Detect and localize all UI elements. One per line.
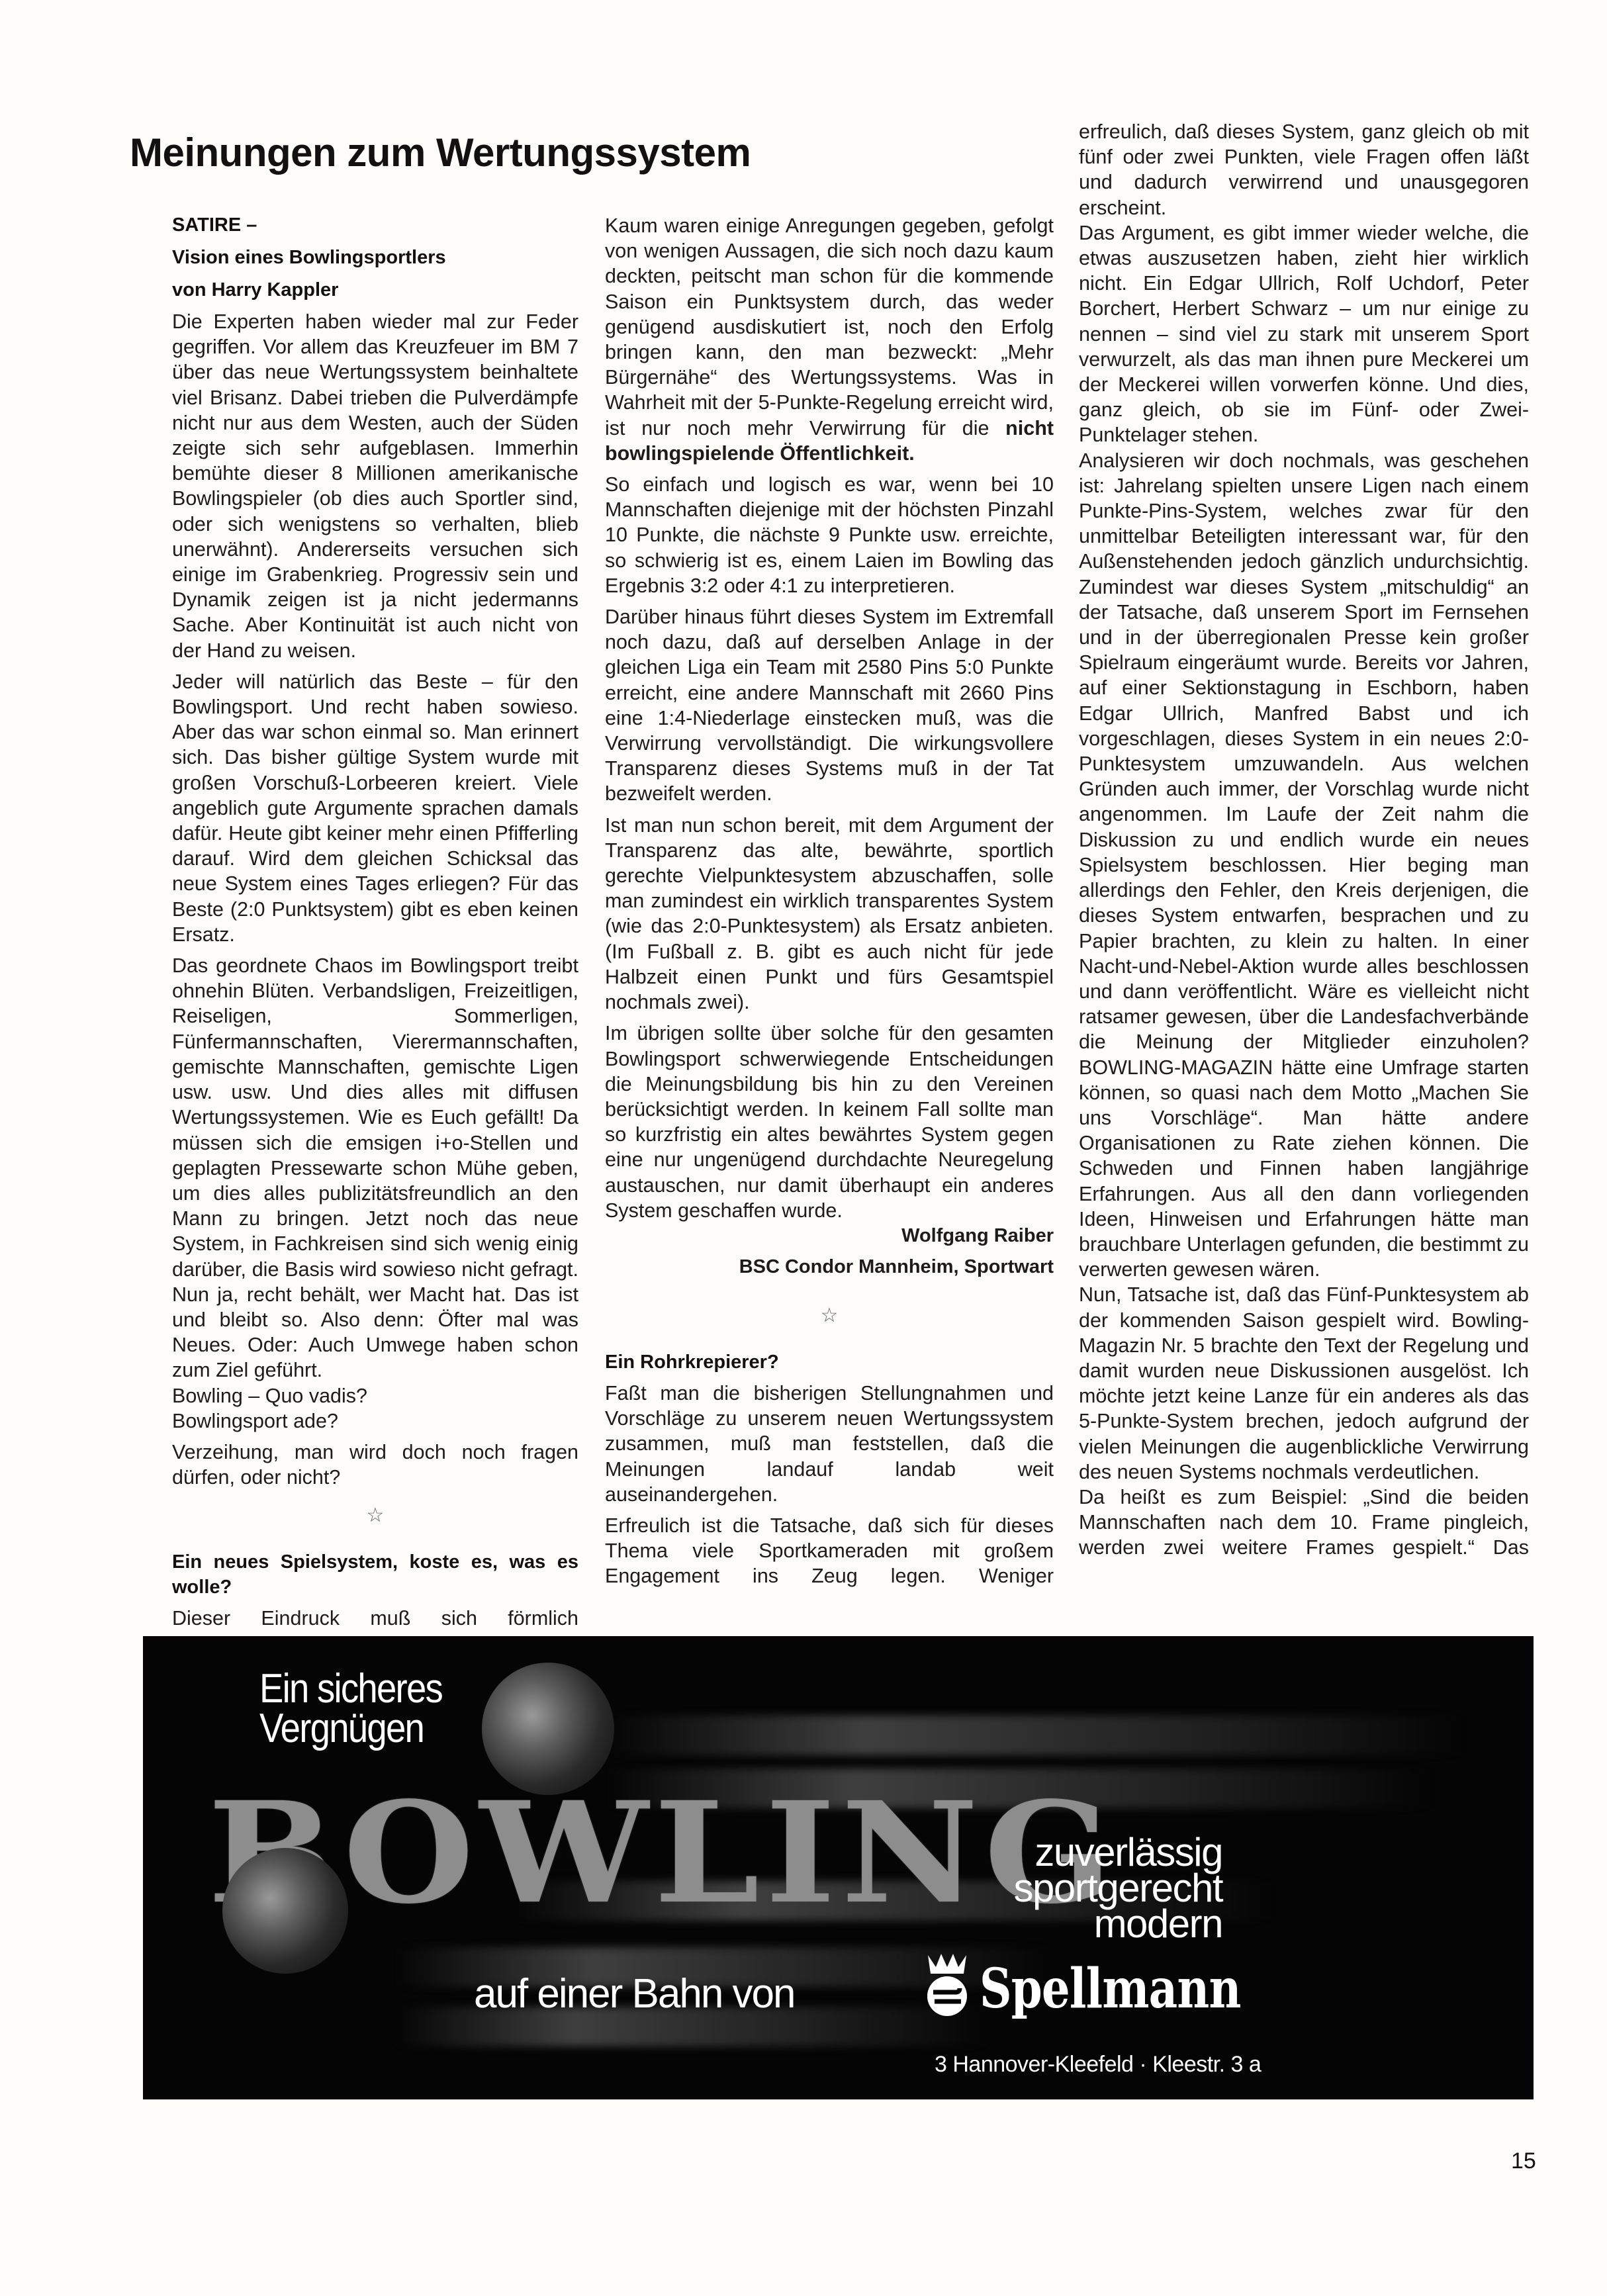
ad-bahn-text: auf einer Bahn von (474, 1971, 795, 2017)
ad-quality: sportgerecht (1013, 1870, 1222, 1906)
article1-paragraph: Die Experten haben wieder mal zur Feder … (172, 309, 578, 663)
article2-paragraph: Kaum waren einige Anregungen gegeben, ge… (605, 213, 1054, 466)
column-1: SATIRE – Vision eines Bowlingsportlers v… (172, 212, 578, 1713)
article2-paragraph: Im übrigen sollte über solche für den ge… (605, 1021, 1054, 1223)
motion-streak (606, 1716, 1467, 1755)
article3-paragraph: Analysieren wir doch nochmals, was gesch… (1079, 448, 1529, 1283)
article1-paragraph: Bowlingsport ade? (172, 1408, 578, 1434)
article1-paragraph: Bowling – Quo vadis? (172, 1383, 578, 1408)
article3-paragraph: Das Argument, es gibt immer wieder welch… (1079, 220, 1529, 448)
article1-byline: von Harry Kappler (172, 277, 578, 303)
article1-subtitle: Vision eines Bowlingsportlers (172, 244, 578, 271)
article1-paragraph: Verzeihung, man wird doch noch fragen dü… (172, 1440, 578, 1490)
spellmann-bowling-advertisement: Ein sicheres Vergnügen BOWLING zuverläss… (143, 1636, 1534, 2099)
article3-paragraph: erfreulich, daß dieses System, ganz glei… (1079, 119, 1529, 220)
article2-paragraph: Darüber hinaus führt dieses System im Ex… (605, 604, 1054, 807)
article3-heading: Ein Rohrkrepierer? (605, 1350, 1054, 1375)
ad-tagline: Ein sicheres Vergnügen (259, 1669, 442, 1749)
star-separator-icon: ☆ (172, 1506, 578, 1526)
star-separator-icon: ☆ (605, 1306, 1054, 1326)
column-2: Kaum waren einige Anregungen gegeben, ge… (605, 213, 1054, 1595)
page-title: Meinungen zum Wertungssystem (130, 130, 751, 175)
article2-paragraph: So einfach und logisch es war, wenn bei … (605, 472, 1054, 598)
column-3: erfreulich, daß dieses System, ganz glei… (1079, 119, 1529, 1567)
ad-quality: modern (1013, 1906, 1222, 1942)
ad-brand-name: Spellmann (980, 1959, 1241, 2019)
bowling-ball-icon (222, 1848, 348, 1974)
ad-tagline-line2: Vergnügen (259, 1709, 442, 1749)
article3-paragraph: Nun, Tatsache ist, daß das Fünf-Punktesy… (1079, 1282, 1529, 1485)
ad-address: 3 Hannover-Kleefeld · Kleestr. 3 a (935, 2052, 1261, 2078)
article3-paragraph: Faßt man die bisherigen Stellungnahmen u… (605, 1381, 1054, 1507)
article2-paragraph-text: Kaum waren einige Anregungen gegeben, ge… (605, 214, 1054, 439)
article1-kicker: SATIRE – (172, 212, 578, 238)
crown-s-logo-icon (924, 1952, 970, 2019)
ad-tagline-line1: Ein sicheres (259, 1669, 442, 1709)
spellmann-brand: Spellmann (924, 1952, 1298, 2019)
article3-paragraph: Erfreulich ist die Tatsache, daß sich fü… (605, 1513, 1054, 1589)
page-number: 15 (1511, 2148, 1536, 2174)
article2-signature-name: Wolfgang Raiber (605, 1223, 1054, 1248)
article1-paragraph: Das geordnete Chaos im Bowlingsport trei… (172, 953, 578, 1383)
article1-paragraph: Jeder will natürlich das Beste – für den… (172, 669, 578, 947)
article3-paragraph: Da heißt es zum Beispiel: „Sind die beid… (1079, 1485, 1529, 1561)
article2-signature-org: BSC Condor Mannheim, Sportwart (605, 1254, 1054, 1279)
article2-paragraph: Ist man nun schon bereit, mit dem Argume… (605, 813, 1054, 1015)
article2-heading: Ein neues Spielsystem, koste es, was es … (172, 1549, 578, 1600)
ad-quality: zuverlässig (1013, 1835, 1222, 1870)
ad-qualities: zuverlässig sportgerecht modern (1013, 1835, 1222, 1942)
